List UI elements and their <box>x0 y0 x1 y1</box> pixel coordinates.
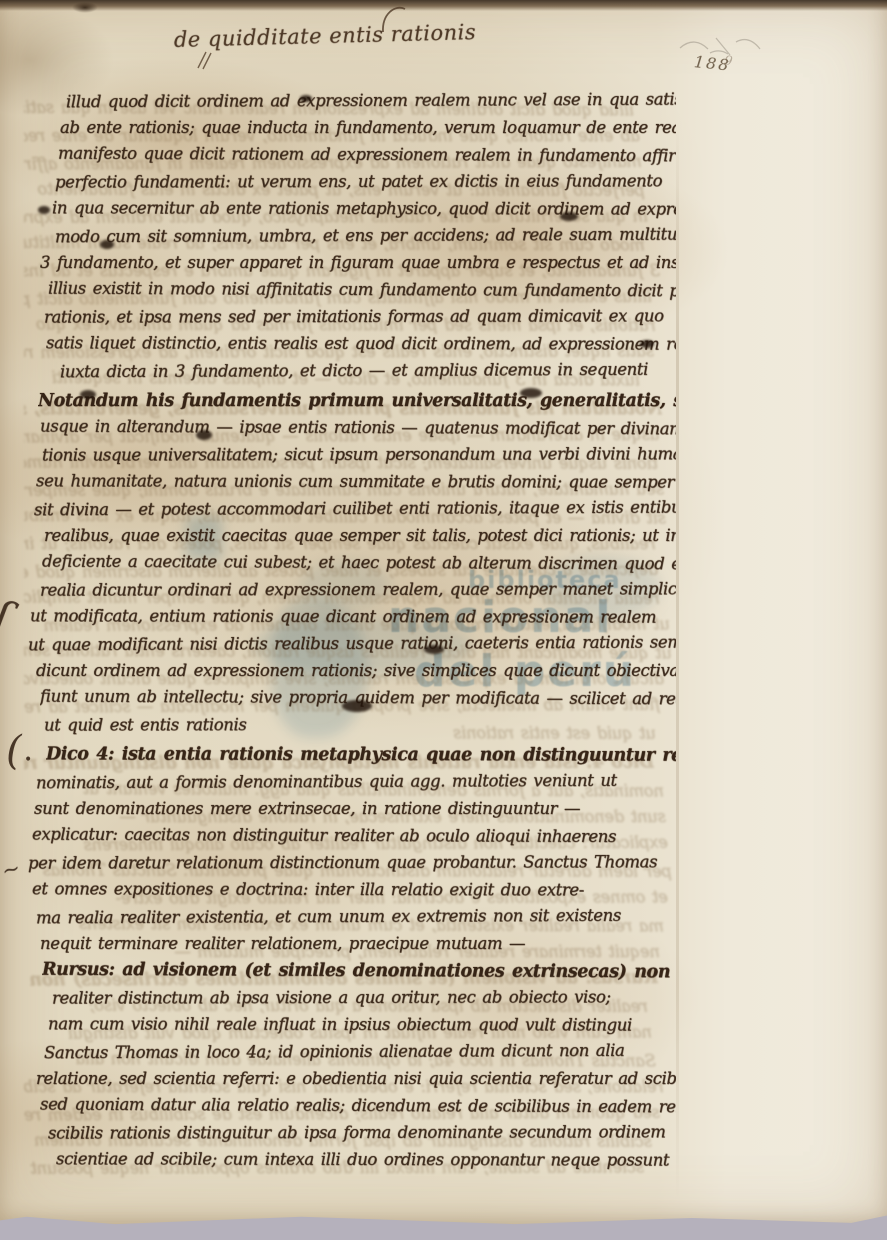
manuscript-line: perfectio fundamenti: ut verum ens, ut p… <box>55 170 676 193</box>
manuscript-line: sed quoniam datur alia relatio realis; d… <box>40 1094 676 1119</box>
manuscript-line: ut quid est entis rationis <box>44 713 676 736</box>
manuscript-line: rationis, et ipsa mens sed per imitation… <box>44 305 676 328</box>
manuscript-line: Notandum his fundamentis primum universa… <box>38 390 676 412</box>
manuscript-line: explicatur: caecitas non distinguitur re… <box>32 824 676 849</box>
manuscript-line: realibus, quae existit caecitas quae sem… <box>44 525 676 547</box>
manuscript-line: scibilis rationis distinguitur ab ipsa f… <box>48 1121 676 1144</box>
manuscript-page: biblioteca nacional del perú illud quod … <box>0 0 887 1229</box>
manuscript-line: nequit terminare realiter relationem, pr… <box>40 933 676 955</box>
ink-blot <box>80 390 96 399</box>
manuscript-line: illius existit in modo nisi affinitatis … <box>48 278 676 303</box>
manuscript-line: satis liquet distinctio, entis realis es… <box>46 332 676 355</box>
manuscript-line: Rursus: ad visionem (et similes denomina… <box>42 959 676 984</box>
manuscript-line: nam cum visio nihil reale influat in ips… <box>48 1013 676 1036</box>
manuscript-line: tionis usque universalitatem; sicut ipsu… <box>42 443 676 466</box>
ink-blot <box>342 700 372 712</box>
ink-blot <box>38 206 50 214</box>
manuscript-line: Dico 4: ista entia rationis metaphysica … <box>46 743 676 766</box>
ink-blot <box>520 388 542 398</box>
manuscript-line: et omnes expositiones e doctrina: inter … <box>32 878 676 901</box>
manuscript-line: realia dicuntur ordinari ad expressionem… <box>40 578 676 601</box>
ink-blot <box>196 430 212 440</box>
manuscript-line: sunt denominationes mere extrinsecae, in… <box>34 798 676 820</box>
manuscript-line: nominatis, aut a formis denominantibus q… <box>36 770 676 795</box>
manuscript-line: modo cum sit somnium, umbra, et ens per … <box>55 224 676 249</box>
ink-blot <box>424 645 444 654</box>
manuscript-line: realiter distinctum ab ipsa visione a qu… <box>52 986 676 1009</box>
manuscript-line: ut modificata, entium rationis quae dica… <box>30 605 676 628</box>
manuscript-line: seu humanitate, natura unionis cum summi… <box>36 470 676 493</box>
manuscript-line: per idem daretur relationum distinctionu… <box>28 851 676 874</box>
ink-blot <box>560 212 578 221</box>
manuscript-line: ma realia realiter existentia, et cum un… <box>36 905 676 930</box>
manuscript-line: scientiae ad scibile; cum intexa illi du… <box>56 1148 676 1171</box>
manuscript-line: 3 fundamento, et super apparet in figura… <box>40 252 676 274</box>
manuscript-line: manifesto quae dicit rationem ad express… <box>58 143 676 168</box>
manuscript-line: illud quod dicit ordinem ad expressionem… <box>66 89 676 114</box>
margin-flourish: ( <box>6 728 22 774</box>
manuscript-line: ut quae modificant nisi dictis realibus … <box>28 632 676 657</box>
margin-flourish-dot: • <box>24 752 32 768</box>
manuscript-line: sit divina — et potest accommodari cuili… <box>34 497 676 522</box>
manuscript-line: usque in alterandum — ipsae entis ration… <box>40 416 676 441</box>
manuscript-line: iuxta dicta in 3 fundamento, et dicto — … <box>60 359 676 384</box>
handwritten-text-block: illud quod dicit ordinem ad expressionem… <box>0 0 887 1229</box>
manuscript-line: dicunt ordinem ad expressionem rationis;… <box>36 660 676 682</box>
manuscript-line: Sanctus Thomas in loco 4a; id opinionis … <box>44 1040 676 1065</box>
ink-blot <box>300 95 312 102</box>
manuscript-line: ab ente rationis; quae inducta in fundam… <box>60 117 676 139</box>
ink-blot <box>100 240 114 249</box>
ink-blot <box>640 340 654 348</box>
manuscript-line: in qua secernitur ab ente rationis metap… <box>52 197 676 220</box>
manuscript-line: deficiente a caecitate cui subest; et ha… <box>42 551 676 576</box>
manuscript-line: relatione, sed scientia referri: e obedi… <box>36 1068 676 1090</box>
